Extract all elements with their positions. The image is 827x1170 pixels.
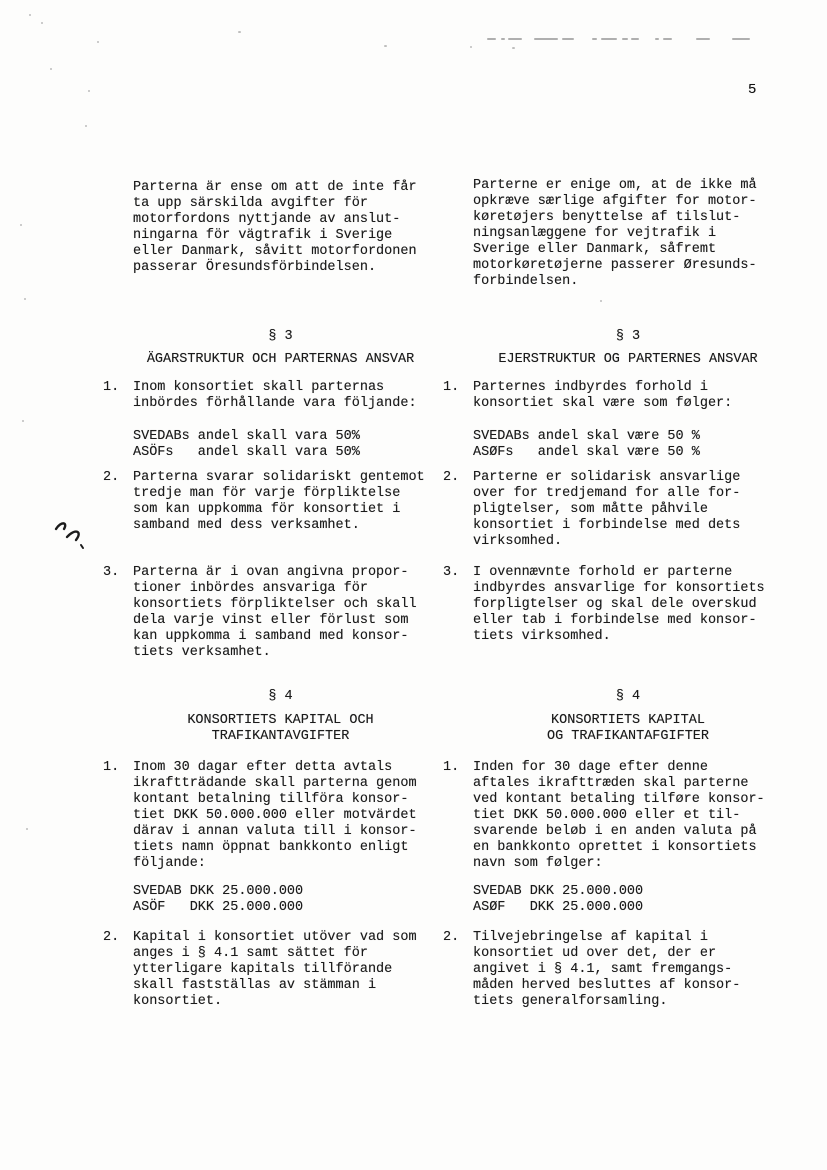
item-text: Tilvejebringelse af kapital i konsortiet…: [473, 930, 783, 1010]
section-3-heading-sv: § 3: [133, 329, 428, 345]
list-item-da-3-2: 2. Parterne er solidarisk ansvarlige ove…: [443, 470, 783, 550]
section-4-title-da: KONSORTIETS KAPITAL OG TRAFIKANTAFGIFTER: [473, 713, 783, 745]
share-line: SVEDABs andel skal være 50 %: [473, 429, 783, 445]
item-number: 3.: [443, 565, 459, 581]
item-text: Parternes indbyrdes forhold i konsortiet…: [473, 380, 783, 412]
amount-table-da: SVEDAB DKK 25.000.000 ASØF DKK 25.000.00…: [473, 884, 783, 916]
amount-line: SVEDAB DKK 25.000.000: [473, 884, 783, 900]
section-3-title-da: EJERSTRUKTUR OG PARTERNES ANSVAR: [473, 352, 783, 368]
scanned-document-page: 5 Parterna är ense om att de inte får ta…: [0, 0, 827, 1170]
list-item-da-4-2: 2. Tilvejebringelse af kapital i konsort…: [443, 930, 783, 1010]
item-number: 2.: [443, 930, 459, 946]
list-item-sv-3-2: 2. Parterna svarar solidariskt gentemot …: [103, 470, 428, 534]
amount-line: ASÖF DKK 25.000.000: [133, 900, 428, 916]
list-item-da-4-1: 1. Inden for 30 dage efter denne aftales…: [443, 760, 783, 872]
item-number: 1.: [443, 380, 459, 396]
item-text: Inden for 30 dage efter denne aftales ik…: [473, 760, 783, 872]
list-item-da-3-3: 3. I ovennævnte forhold er parterne indb…: [443, 565, 783, 645]
list-item-sv-4-1: 1. Inom 30 dagar efter detta avtals ikra…: [103, 760, 428, 872]
list-item-da-3-1: 1. Parternes indbyrdes forhold i konsort…: [443, 380, 783, 412]
section-4-title-sv: KONSORTIETS KAPITAL OCH TRAFIKANTAVGIFTE…: [133, 713, 428, 745]
amount-line: ASØF DKK 25.000.000: [473, 900, 783, 916]
share-line: ASØFs andel skal være 50 %: [473, 445, 783, 461]
item-number: 2.: [443, 470, 459, 486]
section-3-title-sv: ÄGARSTRUKTUR OCH PARTERNAS ANSVAR: [133, 352, 428, 368]
list-item-sv-3-3: 3. Parterna är i ovan angivna propor- ti…: [103, 565, 428, 661]
list-item-sv-3-1: 1. Inom konsortiet skall parternas inbör…: [103, 380, 428, 412]
share-line: ASÖFs andel skall vara 50%: [133, 445, 428, 461]
intro-paragraph-sv: Parterna är ense om att de inte får ta u…: [133, 180, 428, 276]
share-line: SVEDABs andel skall vara 50%: [133, 429, 428, 445]
list-item-sv-4-2: 2. Kapital i konsortiet utöver vad som a…: [103, 930, 428, 1010]
item-text: Kapital i konsortiet utöver vad som ange…: [133, 930, 428, 1010]
column-danish: Parterne er enige om, at de ikke må opkr…: [443, 0, 783, 1170]
share-table-sv: SVEDABs andel skall vara 50% ASÖFs andel…: [133, 429, 428, 461]
item-number: 1.: [103, 380, 119, 396]
amount-line: SVEDAB DKK 25.000.000: [133, 884, 428, 900]
item-text: Inom konsortiet skall parternas inbördes…: [133, 380, 428, 412]
column-swedish: Parterna är ense om att de inte får ta u…: [103, 0, 428, 1170]
amount-table-sv: SVEDAB DKK 25.000.000 ASÖF DKK 25.000.00…: [133, 884, 428, 916]
item-number: 1.: [103, 760, 119, 776]
item-text: Parterna är i ovan angivna propor- tione…: [133, 565, 428, 661]
item-number: 1.: [443, 760, 459, 776]
item-number: 2.: [103, 930, 119, 946]
section-3-heading-da: § 3: [473, 329, 783, 345]
handwritten-margin-mark: [48, 516, 94, 558]
item-text: Parterna svarar solidariskt gentemot tre…: [133, 470, 428, 534]
item-text: I ovennævnte forhold er parterne indbyrd…: [473, 565, 783, 645]
item-text: Inom 30 dagar efter detta avtals ikraftt…: [133, 760, 428, 872]
section-4-heading-sv: § 4: [133, 689, 428, 705]
item-number: 3.: [103, 565, 119, 581]
share-table-da: SVEDABs andel skal være 50 % ASØFs andel…: [473, 429, 783, 461]
item-text: Parterne er solidarisk ansvarlige over f…: [473, 470, 783, 550]
section-4-heading-da: § 4: [473, 689, 783, 705]
item-number: 2.: [103, 470, 119, 486]
intro-paragraph-da: Parterne er enige om, at de ikke må opkr…: [473, 178, 783, 290]
